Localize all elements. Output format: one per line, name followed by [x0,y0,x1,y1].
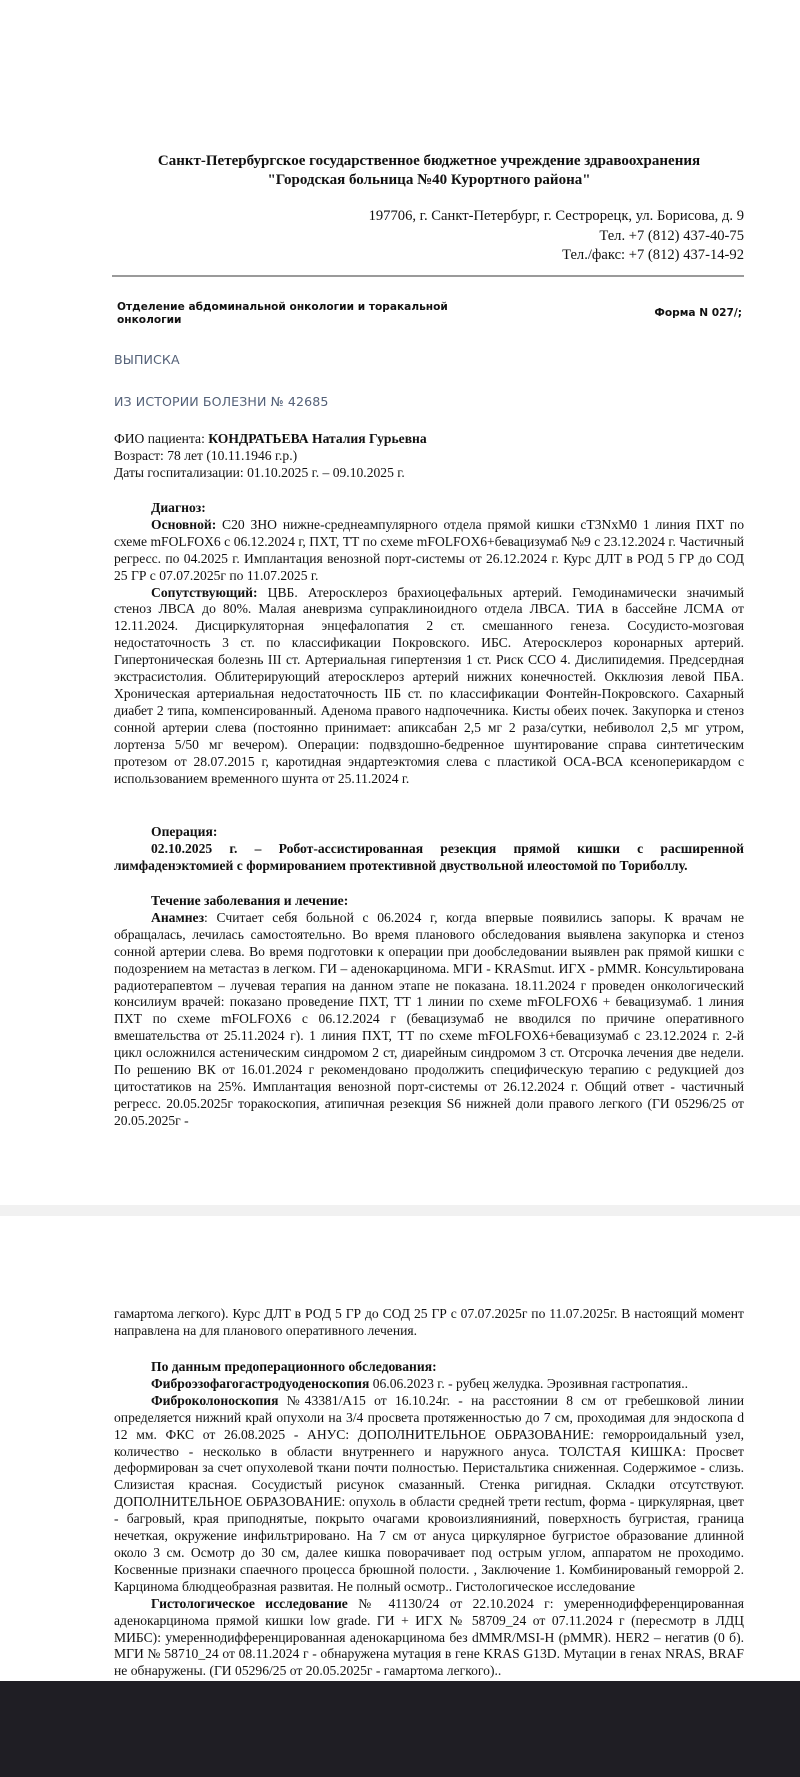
organization-contacts: 197706, г. Санкт-Петербург, г. Сестрорец… [369,207,744,266]
preop-heading: По данным предоперационного обследования… [114,1359,744,1376]
document-title: ВЫПИСКА [114,352,180,367]
diagnosis-main: Основной: С20 ЗНО нижне-среднеампулярног… [114,517,744,585]
preop-colonoscopy: Фиброколоноскопия №43381/А15 от 16.10.24… [114,1393,744,1596]
patient-name-line: ФИО пациента: КОНДРАТЬЕВА Наталия Гурьев… [114,430,427,447]
organization-name: Санкт-Петербургское государственное бюдж… [114,152,744,190]
diagnosis-concomitant: Сопутствующий: ЦВБ. Атеросклероз брахиоц… [114,585,744,788]
preop-histology: Гистологическое исследование № 41130/24 … [114,1596,744,1681]
department-name: Отделение абдоминальной онкологии и тора… [117,301,477,327]
anamnesis-part1: Анамнез: Считает себя больной с 06.2024 … [114,910,744,1130]
operation-text: 02.10.2025 г. – Робот-ассистированная ре… [114,841,744,875]
patient-name: КОНДРАТЬЕВА Наталия Гурьевна [208,431,426,446]
diagnosis-section: Диагноз: Основной: С20 ЗНО нижне-среднеа… [114,500,744,787]
page-break [0,1205,800,1216]
form-number: Форма N 027/; [654,307,742,319]
preop-fegds: Фиброэзофагогастродуоденоскопия 06.06.20… [114,1376,744,1393]
course-section: Течение заболевания и лечение: Анамнез: … [114,893,744,1130]
address: 197706, г. Санкт-Петербург, г. Сестрорец… [369,207,744,227]
patient-age: Возраст: 78 лет (10.11.1946 г.р.) [114,447,427,464]
course-heading: Течение заболевания и лечение: [114,893,744,910]
patient-info: ФИО пациента: КОНДРАТЬЕВА Наталия Гурьев… [114,430,427,481]
header-divider [112,275,744,277]
operation-heading: Операция: [114,824,744,841]
document-page-1: Санкт-Петербургское государственное бюдж… [0,0,800,1205]
phone: Тел. +7 (812) 437-40-75 [369,227,744,247]
bottom-dark-bar [0,1681,800,1777]
operation-section: Операция: 02.10.2025 г. – Робот-ассистир… [114,824,744,875]
diagnosis-heading: Диагноз: [114,500,744,517]
preop-section: По данным предоперационного обследования… [114,1359,744,1680]
anamnesis-part2: гамартома легкого). Курс ДЛТ в РОД 5 ГР … [114,1306,744,1340]
document-page-2: гамартома легкого). Курс ДЛТ в РОД 5 ГР … [0,1216,800,1681]
hospitalization-dates: Даты госпитализации: 01.10.2025 г. – 09.… [114,464,427,481]
history-title: ИЗ ИСТОРИИ БОЛЕЗНИ № 42685 [114,394,328,409]
fax: Тел./факс: +7 (812) 437-14-92 [369,246,744,266]
